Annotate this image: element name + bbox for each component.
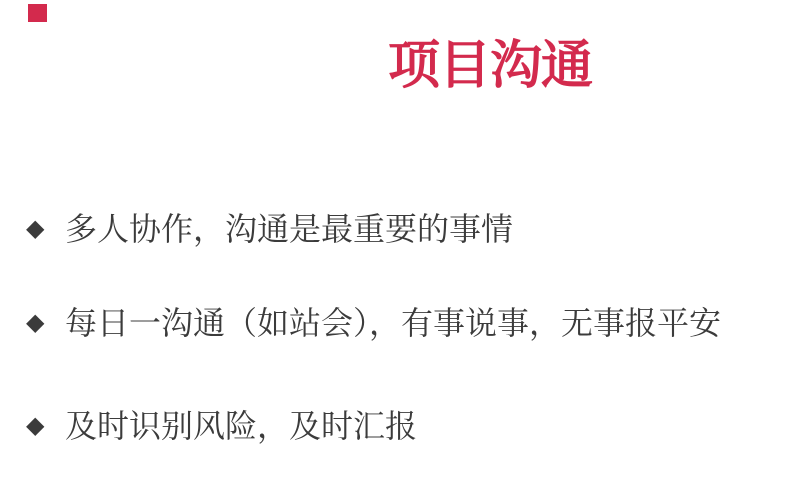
bullet-item: ◆ 及时识别风险，及时汇报 <box>26 408 417 444</box>
slide-title: 项目沟通 <box>388 36 592 96</box>
bullet-text: 每日一沟通（如站会），有事说事，无事报平安 <box>65 305 721 341</box>
slide-canvas: 项目沟通 ◆ 多人协作，沟通是最重要的事情 ◆ 每日一沟通（如站会），有事说事，… <box>0 0 794 478</box>
bullet-item: ◆ 每日一沟通（如站会），有事说事，无事报平安 <box>26 305 721 341</box>
bullet-text: 及时识别风险，及时汇报 <box>65 408 417 444</box>
diamond-bullet-icon: ◆ <box>26 305 65 341</box>
bullet-item: ◆ 多人协作，沟通是最重要的事情 <box>26 211 513 247</box>
bullet-text: 多人协作，沟通是最重要的事情 <box>65 211 513 247</box>
corner-accent-square <box>28 4 47 22</box>
diamond-bullet-icon: ◆ <box>26 408 65 444</box>
diamond-bullet-icon: ◆ <box>26 211 65 247</box>
